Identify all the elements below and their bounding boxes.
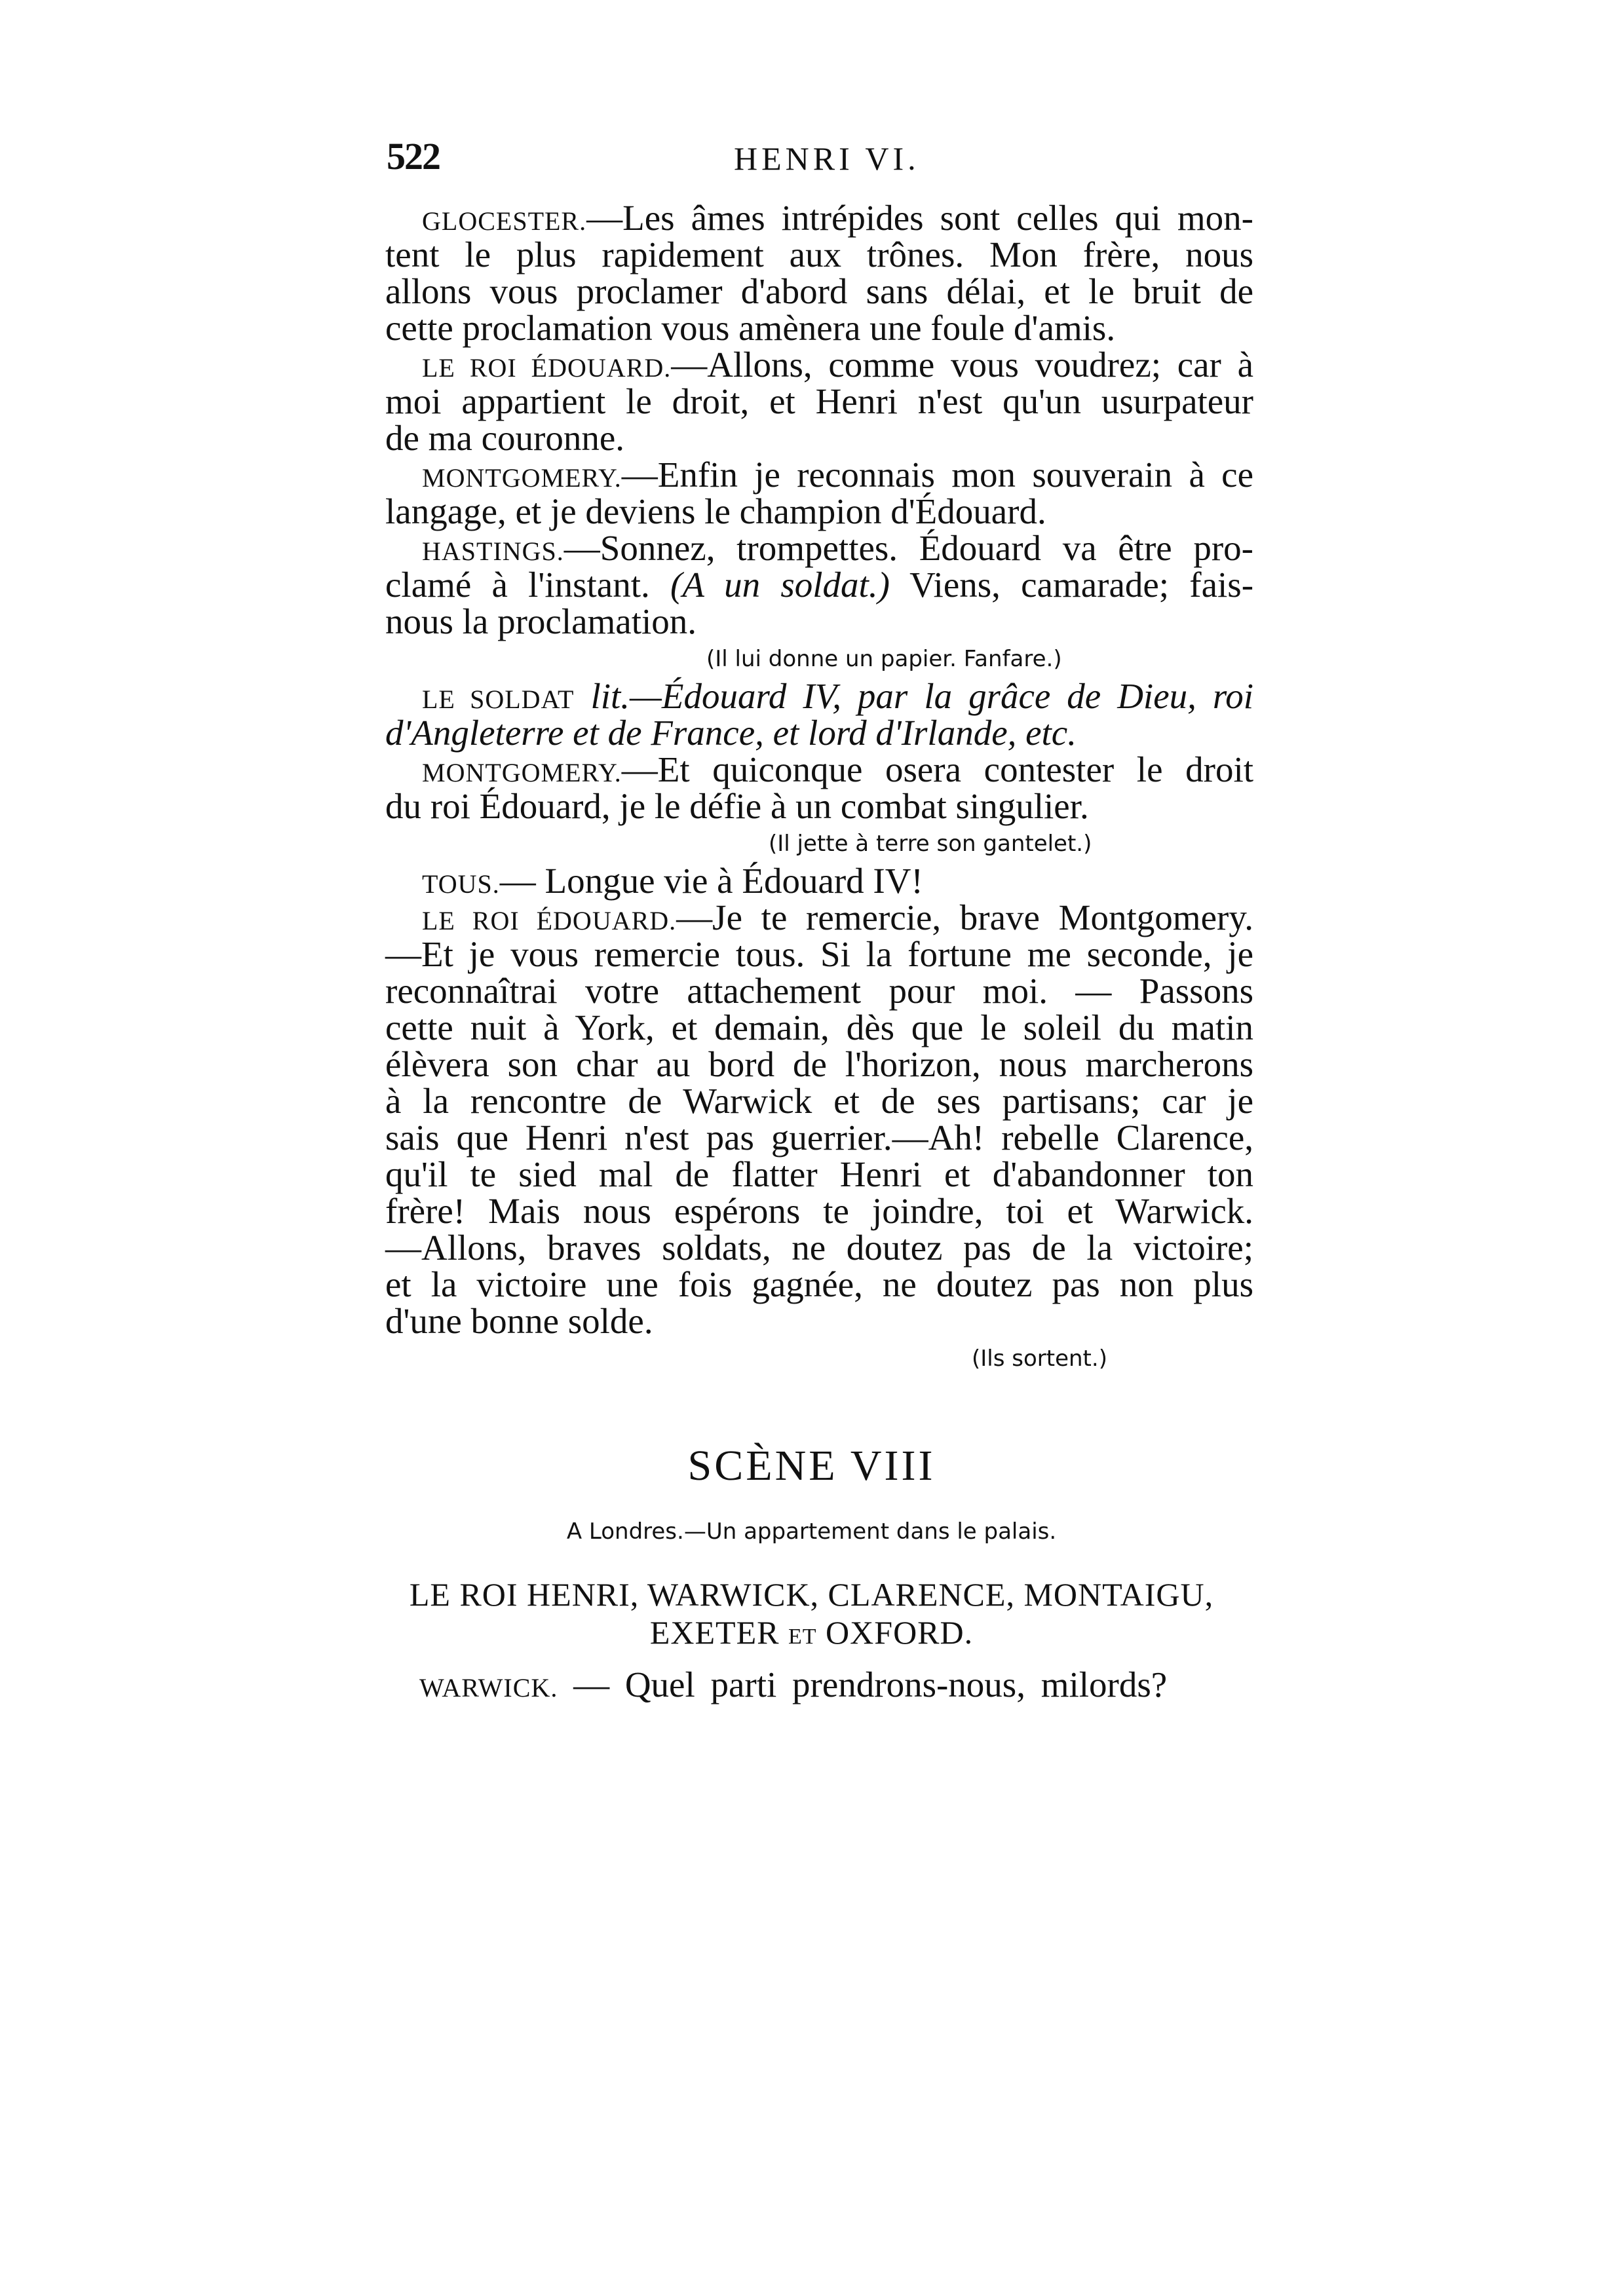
text-line: sais que Henri n'est pas guerrier.—Ah! r… — [385, 1120, 1253, 1156]
text-line: TOUS.— Longue vie à Édouard IV! — [385, 863, 1253, 899]
running-head: 522 HENRI VI. — [387, 134, 1238, 187]
characters-line: LE ROI HENRI, WARWICK, CLARENCE, MONTAIG… — [0, 1575, 1623, 1613]
text-line: LE SOLDAT lit.—Édouard IV, par la grâce … — [385, 678, 1253, 715]
speaker-name: MONTGOMERY. — [422, 758, 622, 787]
speaker-name: MONTGOMERY. — [422, 463, 622, 493]
page-number: 522 — [387, 134, 440, 178]
text-line: MONTGOMERY.—Enfin je reconnais mon souve… — [385, 457, 1253, 493]
speaker-name: GLOCESTER. — [422, 206, 586, 236]
text-line: LE ROI ÉDOUARD.—Je te remercie, brave Mo… — [385, 899, 1253, 936]
text-line: GLOCESTER.—Les âmes intrépides sont cell… — [385, 200, 1253, 236]
text-line: moi appartient le droit, et Henri n'est … — [385, 383, 1253, 420]
text-line: d'une bonne solde. — [385, 1303, 1253, 1340]
scene-setting: A Londres.—Un appartement dans le palais… — [0, 1518, 1623, 1545]
text-line: reconnaîtrai votre attachement pour moi.… — [385, 973, 1253, 1009]
text-line: MONTGOMERY.—Et quiconque osera contester… — [385, 751, 1253, 788]
stage-direction: (Il lui donne un papier. Fanfare.) — [385, 640, 1253, 678]
speaker-name: LE ROI ÉDOUARD. — [422, 906, 676, 935]
text-line: cette nuit à York, et demain, dès que le… — [385, 1009, 1253, 1046]
text-line: d'Angleterre et de France, et lord d'Irl… — [385, 715, 1253, 751]
text-line: du roi Édouard, je le défie à un combat … — [385, 788, 1253, 825]
text-line: HASTINGS.—Sonnez, trompettes. Édouard va… — [385, 530, 1253, 567]
text-line: langage, et je deviens le champion d'Édo… — [385, 493, 1253, 530]
text-line: frère! Mais nous espérons te joindre, to… — [385, 1193, 1253, 1230]
book-page: 522 HENRI VI. GLOCESTER.—Les âmes intrép… — [0, 0, 1623, 2296]
speaker-name: LE ROI ÉDOUARD. — [422, 353, 671, 383]
text-line: et la victoire une fois gagnée, ne doute… — [385, 1266, 1253, 1303]
stage-aside: (A un soldat.) — [670, 565, 890, 605]
stage-direction: (Ils sortent.) — [385, 1340, 1253, 1378]
text-line: cette proclamation vous amènera une foul… — [385, 310, 1253, 347]
text-line: nous la proclamation. — [385, 603, 1253, 640]
text-line: clamé à l'instant. (A un soldat.) Viens,… — [385, 567, 1253, 603]
text-line: tent le plus rapidement aux trônes. Mon … — [385, 236, 1253, 273]
scene-characters: LE ROI HENRI, WARWICK, CLARENCE, MONTAIG… — [0, 1575, 1623, 1656]
text-line: à la rencontre de Warwick et de ses part… — [385, 1083, 1253, 1120]
running-title: HENRI VI. — [734, 140, 920, 178]
play-text: GLOCESTER.—Les âmes intrépides sont cell… — [385, 200, 1253, 1378]
speaker-name: TOUS. — [422, 869, 500, 899]
scene-title: SCÈNE VIII — [0, 1441, 1623, 1491]
text-line: LE ROI ÉDOUARD.—Allons, comme vous voudr… — [385, 347, 1253, 383]
characters-line: EXETER ET OXFORD. — [0, 1613, 1623, 1656]
text-line: allons vous proclamer d'abord sans délai… — [385, 273, 1253, 310]
speaker-name: LE SOLDAT — [422, 685, 574, 714]
speaker-name: WARWICK. — [419, 1673, 558, 1703]
text-line: de ma couronne. — [385, 420, 1253, 457]
text-line: élèvera son char au bord de l'horizon, n… — [385, 1046, 1253, 1083]
text-line: qu'il te sied mal de flatter Henri et d'… — [385, 1156, 1253, 1193]
text-line: —Et je vous remercie tous. Si la fortune… — [385, 936, 1253, 973]
scene-first-line: WARWICK. — Quel parti prendrons-nous, mi… — [419, 1664, 1245, 1705]
text-line: —Allons, braves soldats, ne doutez pas d… — [385, 1230, 1253, 1266]
speaker-name: HASTINGS. — [422, 536, 564, 566]
stage-direction: (Il jette à terre son gantelet.) — [385, 825, 1253, 863]
